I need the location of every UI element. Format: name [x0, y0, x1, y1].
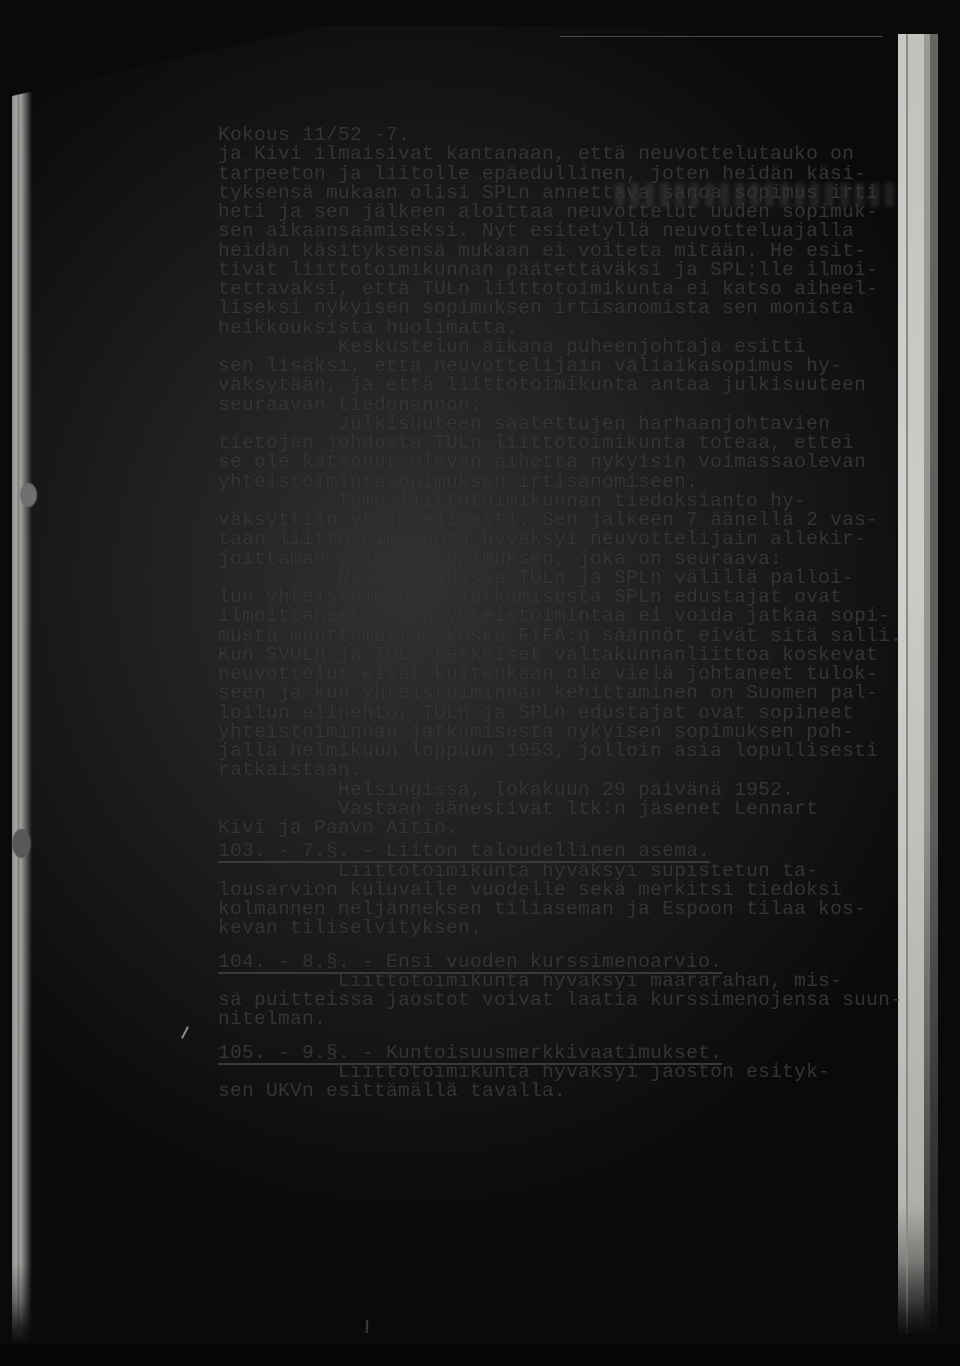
under-page-edge [560, 36, 890, 37]
section-text-103: Liittotoimikunta hyväksyi supistetun ta-… [218, 862, 918, 939]
section-text-105: Liittotoimikunta hyväksyi jaoston esityk… [218, 1063, 918, 1102]
section-heading-104: 104. - 8.§. - Ensi vuoden kurssimenoarvi… [218, 953, 918, 972]
binder-hole-mark-top [20, 483, 37, 507]
bottom-shadow-band [0, 1262, 960, 1346]
page-left-edge-line [17, 66, 20, 1329]
typewritten-content: Kokous 11/52 -7. ja Kivi ilmaisivat kant… [218, 126, 918, 1101]
page-stack-edge-4 [930, 34, 938, 1334]
section-heading-103: 103. - 7.§. - Liiton taloudellinen asema… [218, 842, 918, 861]
section-heading-105: 105. - 9.§. - Kuntoisuusmerkkivaatimukse… [218, 1044, 918, 1063]
bottom-black-border [0, 1344, 960, 1366]
binder-hole-mark-bottom [12, 829, 31, 858]
minutes-paragraph: ja Kivi ilmaisivat kantanaan, että neuvo… [218, 145, 918, 838]
section-text-104: Liittotoimikunta hyväksyi määrärahan, mi… [218, 972, 918, 1030]
page-left-edge-shadow [12, 26, 32, 1342]
